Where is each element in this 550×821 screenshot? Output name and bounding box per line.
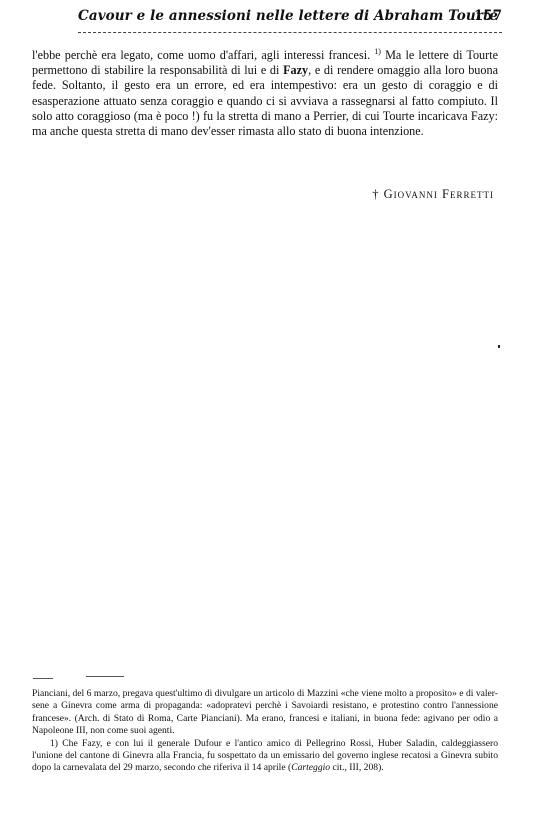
footnote-marker: 1) [50,738,58,749]
name-fazy: Fazy [283,63,308,77]
scan-speck [498,345,500,348]
footnote-1: 1) Che Fazy, e con lui il generale Dufou… [32,738,498,775]
footnote-rule [33,678,53,679]
author-signature: † Giovanni Ferretti [372,187,494,202]
body-paragraph: l'ebbe perchè era legato, come uomo d'af… [32,48,498,139]
footnote-rule [86,676,124,677]
footnote-reference: 1) [374,47,381,56]
running-title: Cavour e le annessioni nelle lettere di … [78,8,498,24]
running-header: Cavour e le annessioni nelle lettere di … [78,8,502,30]
footnote-continued: Pianciani, del 6 marzo, pregava quest'ul… [32,688,498,738]
header-rule [78,32,502,33]
footnote-text: Che Fazy, e con lui il generale Dufour e… [32,738,498,774]
footnotes: Pianciani, del 6 marzo, pregava quest'ul… [32,688,498,775]
footnote-text: cit., III, 208). [330,762,384,773]
body-text-part: l'ebbe perchè era legato, come uomo d'af… [32,48,370,62]
page-number: 157 [474,8,502,24]
footnote-citation: Carteggio [291,762,330,773]
